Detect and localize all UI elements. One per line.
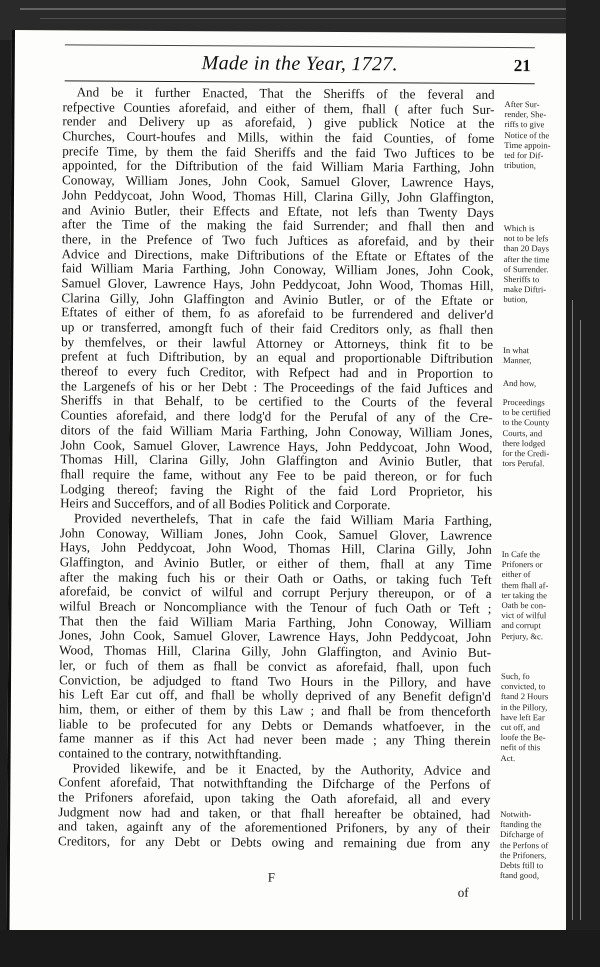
marginal-note-line: the Prifoners,	[500, 850, 570, 861]
marginal-note-line: ted for Dif-	[504, 150, 574, 161]
marginal-note-line: to be certified	[503, 407, 573, 418]
marginal-note-line: tors Perufal.	[502, 458, 572, 469]
marginal-note-line: in the Pillory,	[501, 702, 571, 713]
marginal-note-line: and corrupt	[501, 620, 571, 631]
marginal-note-line: cut off, and	[501, 722, 571, 733]
marginal-note-line: After Sur-	[505, 99, 575, 110]
marginal-note: In whatManner,	[503, 345, 573, 366]
marginal-note-line: bution,	[503, 294, 573, 305]
marginal-note-line: nefit of this	[501, 742, 571, 753]
marginal-note-line: have left Ear	[501, 712, 571, 723]
marginal-note-line: after the time	[504, 254, 574, 265]
top-rule	[65, 44, 535, 48]
marginal-note-line: Debts ftill to	[500, 860, 570, 871]
marginal-note: After Sur-render, She-riffs to giveNotic…	[504, 99, 574, 171]
marginal-note-line: not to be lefs	[504, 233, 574, 244]
marginal-note-line: the Perfons of	[500, 840, 570, 851]
marginal-note-line: ftand good,	[500, 870, 570, 881]
marginal-note-line: to the County	[503, 417, 573, 428]
marginal-note-line: Notice of the	[504, 130, 574, 141]
marginal-note-line: In what	[503, 345, 573, 356]
header-rule	[65, 80, 535, 84]
marginal-note-line: Oath be con-	[501, 600, 571, 611]
marginal-note-line: Sheriffs to	[503, 274, 573, 285]
document-page: Made in the Year, 1727. 21 And be it fur…	[7, 30, 575, 933]
marginal-note-line: Courts, and	[503, 428, 573, 439]
marginal-note-line: Act.	[501, 753, 571, 764]
marginal-note: And how,	[503, 378, 573, 389]
scan-right-edge	[566, 0, 600, 967]
marginal-note: In Cafe thePrifoners oreither ofthem fha…	[501, 549, 572, 641]
marginal-note-line: Perjury, &c.	[501, 631, 571, 642]
marginal-note-line: Prifoners or	[502, 559, 572, 570]
marginal-note-line: for the Credi-	[502, 448, 572, 459]
page-edge-line	[572, 300, 573, 920]
marginal-note-line: ftand 2 Hours	[501, 691, 571, 702]
running-title: Made in the Year, 1727.	[65, 51, 535, 77]
marginal-note: Which isnot to be lefsthan 20 Daysafter …	[503, 223, 573, 305]
marginal-note-line: than 20 Days	[504, 243, 574, 254]
marginal-note-line: loofe the Be-	[501, 732, 571, 743]
marginal-note-line: tribution,	[504, 160, 574, 171]
body-text: And be it further Enacted, That the Sher…	[58, 85, 495, 851]
scan-bottom-edge	[0, 930, 600, 967]
marginal-note: Proceedingsto be certifiedto the CountyC…	[502, 397, 572, 469]
marginal-note: Notwith-ftanding theDifcharge ofthe Perf…	[500, 809, 570, 881]
marginal-note-line: Such, fo	[501, 671, 571, 682]
marginal-note: Such, foconvicted, toftand 2 Hoursin the…	[501, 671, 572, 763]
signature-mark: F	[268, 870, 275, 886]
marginal-note-line: Notwith-	[500, 809, 570, 820]
marginal-note-line: Difcharge of	[500, 829, 570, 840]
marginal-note-line: render, She-	[504, 109, 574, 120]
marginal-note-line: them fhall af-	[502, 580, 572, 591]
marginal-note-line: Proceedings	[503, 397, 573, 408]
catchword: of	[458, 885, 469, 901]
page-edge-line	[580, 320, 581, 920]
marginal-note-line: ftanding the	[500, 819, 570, 830]
marginal-note-line: vict of wilful	[501, 610, 571, 621]
marginal-note-line: either of	[502, 569, 572, 580]
marginal-note-line: And how,	[503, 378, 573, 389]
marginal-note-line: riffs to give	[504, 119, 574, 130]
scan-artifact	[40, 18, 590, 19]
marginal-note-line: In Cafe the	[502, 549, 572, 560]
marginal-note-line: Manner,	[503, 355, 573, 366]
page-number: 21	[514, 56, 531, 76]
marginal-note-line: Time appoin-	[504, 140, 574, 151]
scan-artifact	[20, 8, 580, 10]
running-header: Made in the Year, 1727. 21	[65, 51, 535, 80]
marginal-note-line: convicted, to	[501, 681, 571, 692]
marginal-note-line: ter taking the	[502, 590, 572, 601]
marginal-note-line: of Surrender.	[504, 264, 574, 275]
text-line: Creditors, for any Debt or Debts owing a…	[58, 834, 490, 851]
marginal-note-line: make Diftri-	[503, 284, 573, 295]
marginal-note-line: Which is	[504, 223, 574, 234]
marginal-note-line: there lodged	[502, 438, 572, 449]
